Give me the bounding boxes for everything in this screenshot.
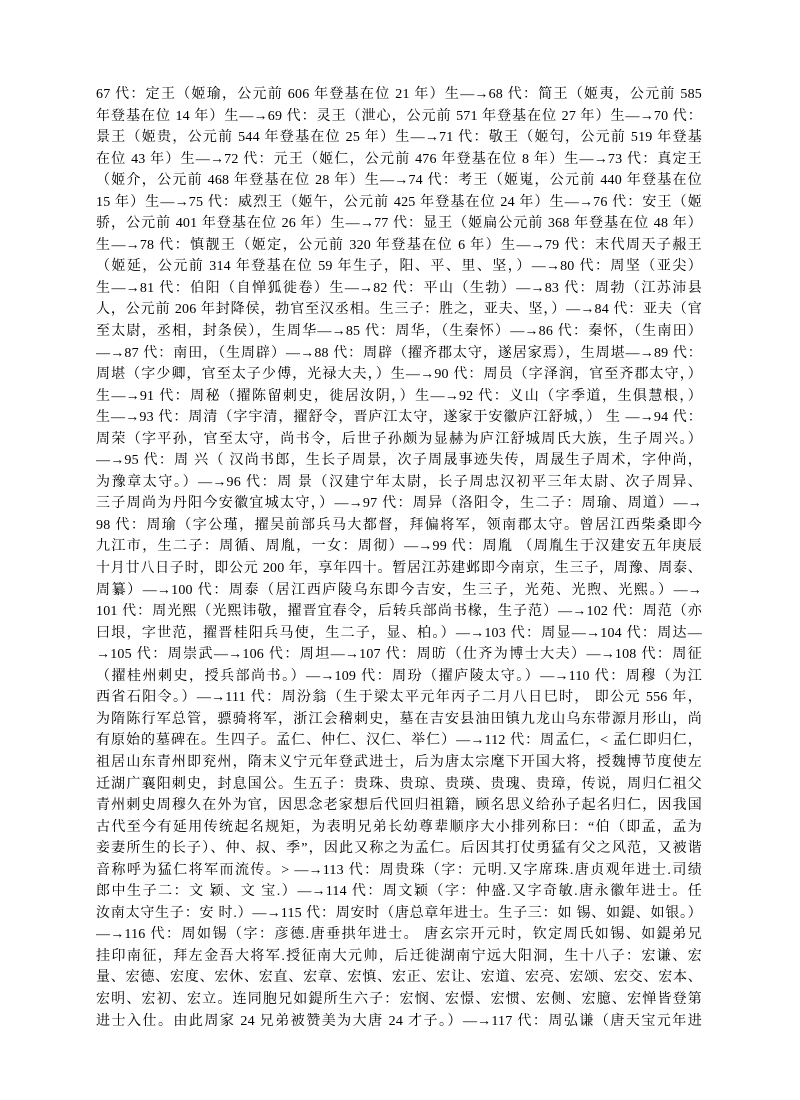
text-line: 音称呼为猛仁将军而流传。> —→113 代：周贵珠（字：元明.又字席珠.唐贞观年… [96, 860, 702, 882]
text-line: 三子周尚为丹阳今安徽宜城太守，）—→97 代：周异（洛阳令，生二子：周瑜、周道）… [96, 493, 702, 515]
text-line: 进士入仕。由此周家 24 兄弟被赞美为大唐 24 才子。）—→117 代：周弘谦… [96, 1011, 702, 1033]
text-line: 九江市，生二子：周循、周胤，一女：周彻）—→99 代：周胤 （周胤生于汉建安五年… [96, 536, 702, 558]
text-line: 十月廿八日子时，即公元 200 年，享年四十。暂居江苏建邺即今南京，生三子，周豫… [96, 558, 702, 580]
text-line: 宏明、宏初、宏立。连同胞兄如鍉所生六子：宏悯、宏憬、宏惯、宏侧、宏臆、宏惮皆登第 [96, 989, 702, 1011]
text-line: （姬延，公元前 314 年登基在位 59 年生子，阳、平、里、坚，）—→80 代… [96, 256, 702, 278]
text-line: 周荣（字平孙，官至太守，尚书令，后世子孙颇为显赫为庐江舒城周氏大族，生子周兴。） [96, 429, 702, 451]
text-line: 为豫章太守。）—→96 代：周 景（汉建宁年太尉，长子周忠汉初平三年太尉、次子周… [96, 472, 702, 494]
text-line: —→116 代：周如锡（字：彦德.唐垂拱年进士。 唐玄宗开元时，钦定周氏如锡、如… [96, 924, 702, 946]
text-line: 古代至今有延用传统起名规矩，为表明兄弟长幼尊辈顺序大小排列称曰：“伯（即孟，孟为 [96, 817, 702, 839]
text-line: 西省石阳令。）—→111 代：周汾翁（生于梁太平元年丙子二月八日巳时， 即公元 … [96, 687, 702, 709]
text-line: 至太尉，丞相，封条侯），生周华—→85 代：周华，（生秦怀）—→86 代：秦怀，… [96, 321, 702, 343]
text-line: （擢桂州刺史，授兵部尚书。）—→109 代：周玢（擢庐陵太守。）—→110 代：… [96, 666, 702, 688]
text-line: 周纂）—→100 代：周泰（居江西庐陵乌东即今吉安，生三子，光苑、光煦、光熙。）… [96, 580, 702, 602]
text-line: 生—→81 代：伯阳（自惮狐徙卷）生—→82 代：平山（生勃）—→83 代：周勃… [96, 278, 702, 300]
text-line: 生—→78 代：慎靓王（姬定，公元前 320 年登基在位 6 年）生—→79 代… [96, 235, 702, 257]
text-line: 迁湖广襄阳刺史，封息国公。生五子：贵珠、贵琼、贵瑛、贵瑰、贵璋，传说，周归仁祖父 [96, 774, 702, 796]
text-line: 在位 43 年）生—→72 代：元王（姬仁，公元前 476 年登基在位 8 年）… [96, 149, 702, 171]
text-line: —→95 代：周 兴（ 汉尚书郎，生长子周景，次子周晟事迹失传，周晟生子周术，字… [96, 450, 702, 472]
text-line: →105 代：周崇武—→106 代：周坦—→107 代：周昉（仕齐为博士大夫）—… [96, 644, 702, 666]
text-line: 祖居山东青州即兖州，隋末义宁元年登武进士，后为唐太宗麾下开国大将，授魏博节度使左 [96, 752, 702, 774]
text-line: 妾妻所生的长子）、仲、叔、季”，因此又称之为孟仁。后因其打仗勇猛有父之风范，又被… [96, 838, 702, 860]
text-line: —→87 代：南田，（生周辟）—→88 代：周辟（擢齐郡太守，遂居家焉），生周堪… [96, 343, 702, 365]
text-line: 周堪（字少卿，官至太子少傅，光禄大夫，）生—→90 代：周员（字泽润，官至齐郡太… [96, 364, 702, 386]
text-line: 67 代：定王（姬瑜，公元前 606 年登基在位 21 年）生—→68 代：简王… [96, 84, 702, 106]
text-line: 青州刺史周穆久在外为官，因思念老家想后代回归祖籍，顾名思义给孙子起名归仁，因我国 [96, 795, 702, 817]
text-line: 汝南太守生子：安 时.）—→115 代：周安时（唐总章年进士。生子三：如 锡、如… [96, 903, 702, 925]
text-line: 曰垠，字世范，擢晋桂阳兵马使，生二子，显、柏。）—→103 代：周显—→104 … [96, 623, 702, 645]
text-line: 101 代：周光熙（光熙讳敬，擢晋宜春令，后转兵部尚书椽，生子范）—→102 代… [96, 601, 702, 623]
text-line: 年登基在位 14 年）生—→69 代：灵王（泄心，公元前 571 年登基在位 2… [96, 106, 702, 128]
text-line: 98 代：周瑜（字公瑾，擢吴前部兵马大都督，拜偏将军，领南郡太守。曾居江西柴桑即… [96, 515, 702, 537]
text-line: 人，公元前 206 年封降侯，勃官至汉丞相。生三子：胜之，亚夫、坚，）—→84 … [96, 299, 702, 321]
text-line: （姬介，公元前 468 年登基在位 28 年）生—→74 代：考王（姬嵬，公元前… [96, 170, 702, 192]
text-line: 生—→93 代：周清（字宇清，擢舒令，晋庐江太守，遂家于安徽庐江舒城，） 生 —… [96, 407, 702, 429]
text-line: 郎中生子二：文 颖、文 宝.）—→114 代：周文颖（字：仲盛.又字奇敏.唐永徽… [96, 881, 702, 903]
text-line: 量、宏德、宏度、宏休、宏直、宏章、宏慎、宏正、宏让、宏道、宏亮、宏颂、宏交、宏本… [96, 967, 702, 989]
text-line: 为隋陈行军总管，骠骑将军，浙江会稽刺史，墓在吉安县油田镇九龙山乌东带源月形山，尚 [96, 709, 702, 731]
text-line: 挂印南征，拜左金吾大将军.授征南大元帅，后迁徙湖南宁远大阳洞，生十八子：宏谦、宏 [96, 946, 702, 968]
text-line: 15 年）生—→75 代：威烈王（姬午，公元前 425 年登基在位 24 年）生… [96, 192, 702, 214]
text-line: 生—→91 代：周秘（擢陈留刺史，徙居汝阴，）生—→92 代：义山（字季道，生俱… [96, 386, 702, 408]
document-page: 67 代：定王（姬瑜，公元前 606 年登基在位 21 年）生—→68 代：简王… [96, 84, 702, 1032]
text-line: 有原始的墓碑在。生四子。孟仁、仲仁、汉仁、举仁）—→112 代：周孟仁，< 孟仁… [96, 730, 702, 752]
text-line: 景王（姬贵，公元前 544 年登基在位 25 年）生—→71 代：敬王（姬匄，公… [96, 127, 702, 149]
text-line: 骄，公元前 401 年登基在位 26 年）生—→77 代：显王（姬扁公元前 36… [96, 213, 702, 235]
